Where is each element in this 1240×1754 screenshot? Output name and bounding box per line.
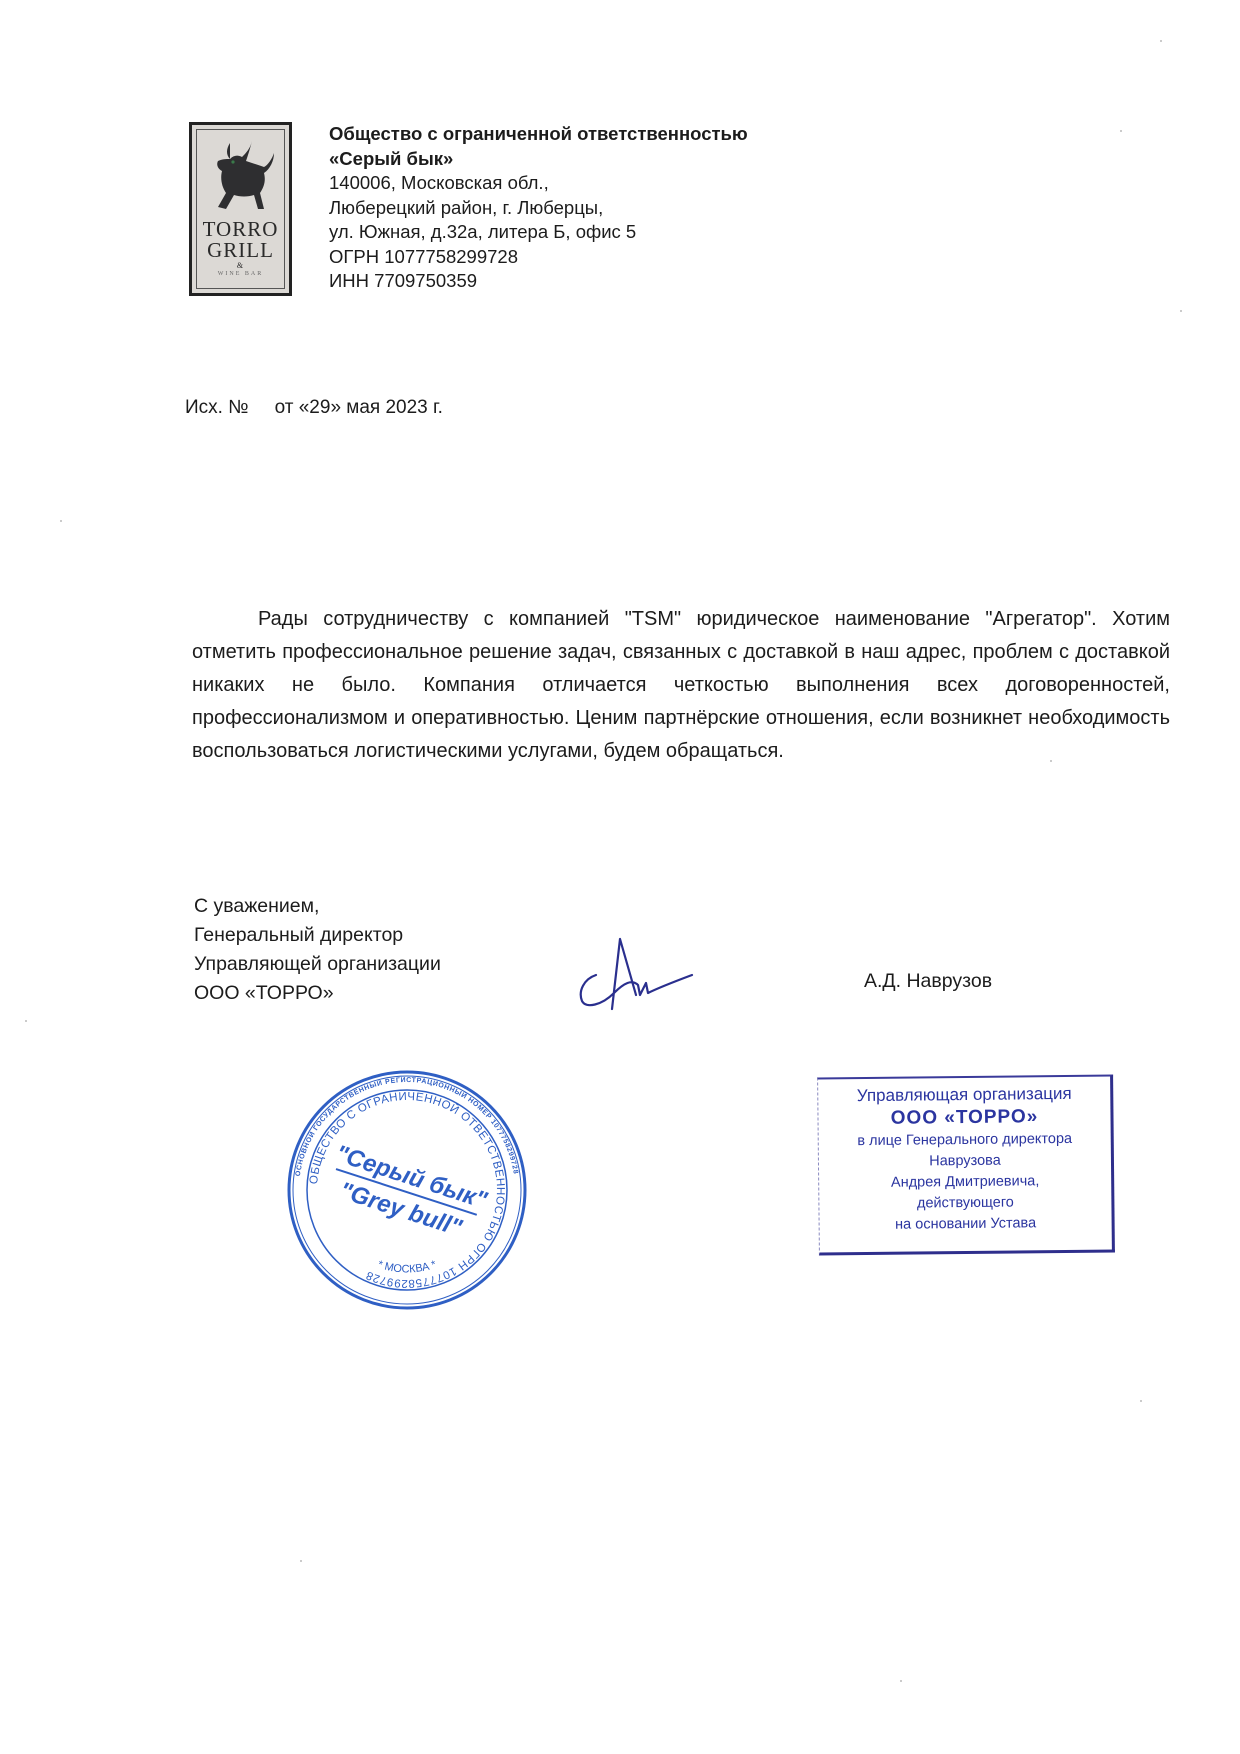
- bull-icon: [200, 135, 284, 217]
- body-paragraph: Рады сотрудничеству с компанией "TSM" юр…: [192, 603, 1170, 768]
- reference-date: от «29» мая 2023 г.: [275, 397, 443, 418]
- signer-name: А.Д. Наврузов: [864, 970, 992, 993]
- stamp-line-6: действующего: [819, 1191, 1111, 1215]
- scan-speck: [300, 1560, 302, 1562]
- ogrn: ОГРН 1077758299728: [329, 245, 748, 270]
- closing-line-4: ООО «ТОРРО»: [194, 979, 441, 1008]
- company-type: Общество с ограниченной ответственностью: [329, 122, 748, 147]
- rectangular-stamp: Управляющая организация ООО «ТОРРО» в ли…: [817, 1074, 1115, 1255]
- stamp-line-1: Управляющая организация: [818, 1082, 1110, 1107]
- scan-speck: [60, 520, 62, 522]
- round-company-seal: ОСНОВНОЙ ГОСУДАРСТВЕННЫЙ РЕГИСТРАЦИОННЫЙ…: [285, 1068, 529, 1312]
- logo-text-grill: GRILL: [192, 238, 289, 263]
- stamp-line-5: Андрея Дмитриевича,: [819, 1170, 1111, 1194]
- stamp-line-3: в лице Генерального директора: [819, 1128, 1111, 1152]
- scan-speck: [1140, 1400, 1142, 1402]
- inn: ИНН 7709750359: [329, 269, 748, 294]
- reference-number-label: Исх. №: [185, 397, 249, 418]
- stamp-line-2: ООО «ТОРРО»: [818, 1104, 1110, 1131]
- closing-line-1: С уважением,: [194, 892, 441, 921]
- logo-text-amp: &: [192, 261, 289, 270]
- stamp-line-7: на основании Устава: [820, 1212, 1112, 1236]
- address-line-1: 140006, Московская обл.,: [329, 171, 748, 196]
- closing-line-2: Генеральный директор: [194, 921, 441, 950]
- signature-icon: [576, 935, 696, 1015]
- scan-speck: [1120, 130, 1122, 132]
- address-line-3: ул. Южная, д.32а, литера Б, офис 5: [329, 220, 748, 245]
- letterhead-details: Общество с ограниченной ответственностью…: [329, 122, 748, 294]
- scan-speck: [1180, 310, 1182, 312]
- scan-speck: [1050, 760, 1052, 762]
- scan-speck: [900, 1680, 902, 1682]
- svg-text:* МОСКВА *: * МОСКВА *: [376, 1258, 438, 1275]
- company-name: «Серый бык»: [329, 147, 748, 172]
- stamp-line-4: Наврузова: [819, 1149, 1111, 1173]
- scan-speck: [25, 1020, 27, 1022]
- company-logo: TORRO GRILL & WINE BAR: [189, 122, 292, 296]
- closing-block: С уважением, Генеральный директор Управл…: [194, 892, 441, 1008]
- logo-text-wine-bar: WINE BAR: [192, 271, 289, 277]
- scan-speck: [1160, 40, 1162, 42]
- letter-body: Рады сотрудничеству с компанией "TSM" юр…: [192, 603, 1170, 768]
- outgoing-reference: Исх. №от «29» мая 2023 г.: [185, 397, 443, 419]
- closing-line-3: Управляющей организации: [194, 950, 441, 979]
- address-line-2: Люберецкий район, г. Люберцы,: [329, 196, 748, 221]
